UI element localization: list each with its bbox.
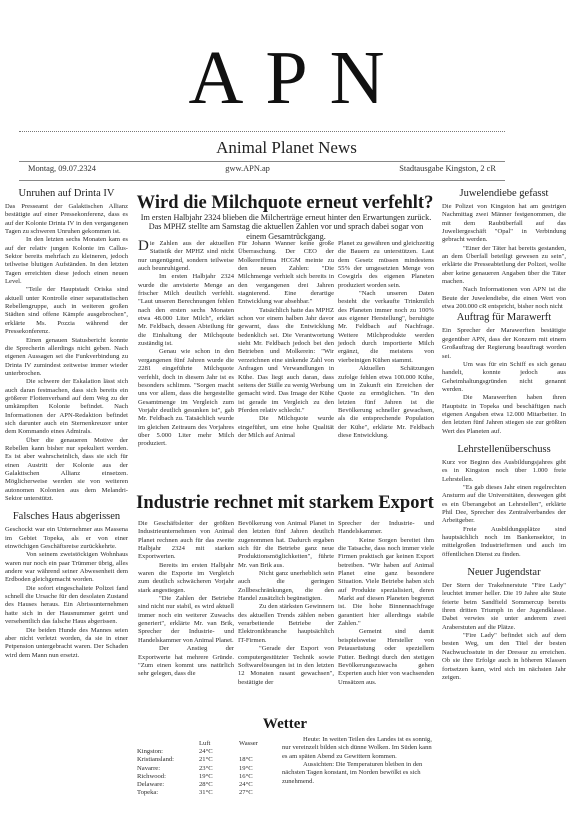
article-paragraph: Kurz vor Beginn des Ausbildungsjahres gi…	[442, 459, 566, 484]
article-paragraph: Genau wie schon in den vergangenen fünf …	[138, 348, 234, 448]
article-paragraph: "Einer der Täter hat bereits gestanden, …	[442, 245, 566, 287]
issue-date: Montag, 09.07.2324	[28, 164, 96, 173]
article-paragraph: Im ersten Halbjahr 2324 wurde die anvisi…	[138, 273, 234, 348]
article-falsches-haus: Falsches Haus abgerissen Geschockt war e…	[5, 510, 128, 660]
article-paragraph: "Teile der Hauptstadt Oriska sind aktuel…	[5, 286, 128, 336]
weather-today: Heute: In weiten Teilen des Landes ist e…	[282, 736, 432, 761]
article-jugendstar: Neuer Jugendstar Der Stern der Trakehner…	[442, 566, 566, 682]
right-column: Juwelendiebe gefasst Die Polizei von Kin…	[442, 187, 566, 682]
article-paragraph: Nach Informationen von APN ist die Beute…	[442, 286, 566, 311]
article-paragraph: Gemeint sind damit beispielsweise Herste…	[338, 628, 434, 686]
article-paragraph: Freie Ausbildungsplätze sind hauptsächli…	[442, 526, 566, 559]
main-article-body: Die Zahlen aus der aktuellen Statistik d…	[138, 240, 434, 449]
article-paragraph: Um was für ein Schiff es sich genau hand…	[442, 361, 566, 394]
article-paragraph: "Nach unseren Daten besteht die verkauft…	[338, 290, 434, 365]
main-headline: Wird die Milchquote erneut verfehlt?	[135, 193, 435, 213]
article-paragraph: Die Zahlen aus der aktuellen Statistik d…	[138, 240, 234, 273]
article-headline: Juwelendiebe gefasst	[442, 187, 566, 200]
weather-outlook: Aussichten: Die Temperaturen bleiben in …	[282, 761, 432, 786]
article-paragraph: Die Marawerften haben ihren Hauptsitz in…	[442, 394, 566, 436]
industry-column-2: Bevölkerung von Animal Planet in den let…	[238, 520, 334, 687]
main-column-2: Für Johann Wanner keine große Überraschu…	[238, 240, 334, 449]
industry-column-1: Die Geschäftsleiter der größten Industri…	[138, 520, 234, 687]
weather-row: Delaware:28°C24°C	[137, 781, 279, 789]
masthead-subtitle: Animal Planet News	[0, 138, 573, 158]
article-paragraph: Über die genaueren Motive der Rebellen k…	[5, 437, 128, 504]
article-paragraph: Keine Sorgen bereitet ihm die Tatsache, …	[338, 537, 434, 629]
article-paragraph: "Die Zahlen der Betriebe sind nicht nur …	[138, 595, 234, 645]
main-column-3: Planet zu gewähren und gleichzeitig die …	[338, 240, 434, 449]
article-paragraph: Einen genauen Statusbericht konnte die S…	[5, 337, 128, 379]
article-paragraph: Geschockt war ein Unternehmer aus Massen…	[5, 526, 128, 551]
weather-table-header: Luft Wasser	[137, 740, 279, 748]
article-paragraph: Der Stern der Trakehnerstute "Fire Lady"…	[442, 582, 566, 632]
weather-row: Kingston:24°C	[137, 748, 279, 756]
article-marawerft: Auftrag für Marawerft Ein Sprecher der M…	[442, 311, 566, 435]
article-paragraph: Tatsächlich hatte das MPHZ schon vor ein…	[238, 307, 334, 415]
article-paragraph: Aktuellen Schätzungen zufolge fehlen etw…	[338, 365, 434, 440]
article-paragraph: Der Anstieg der Exportwerte hat mehrere …	[138, 645, 234, 678]
article-headline: Lehrstellenüberschuss	[442, 443, 566, 456]
article-paragraph: Von seinem zweistöckigen Wohnhaus waren …	[5, 551, 128, 584]
weather-row: Topeka:31°C27°C	[137, 789, 279, 797]
weather-row: Richwood:19°C16°C	[137, 773, 279, 781]
article-paragraph: Sprecher der Industrie- und Handelskamme…	[338, 520, 434, 537]
article-paragraph: Die Polizei von Kingston hat am gestrige…	[442, 203, 566, 245]
column-header-wasser: Wasser	[239, 740, 279, 748]
article-paragraph: Bereits im ersten Halbjahr waren die Exp…	[138, 562, 234, 595]
column-header-luft: Luft	[199, 740, 239, 748]
article-paragraph: Planet zu gewähren und gleichzeitig die …	[338, 240, 434, 290]
article-paragraph: In den letzten sechs Monaten kam es auf …	[5, 236, 128, 286]
article-juwelendiebe: Juwelendiebe gefasst Die Polizei von Kin…	[442, 187, 566, 311]
industry-headline: Industrie rechnet mit starkem Export	[135, 493, 435, 513]
article-paragraph: Ein Sprecher der Marawerften bestätigte …	[442, 327, 566, 360]
article-paragraph: Bevölkerung von Animal Planet in den let…	[238, 520, 334, 570]
article-paragraph: Die Geschäftsleiter der größten Industri…	[138, 520, 234, 562]
infobar-bottom-rule	[19, 180, 505, 181]
infobar: Montag, 09.07.2324 gww.APN.ap Stadtausga…	[28, 164, 496, 173]
article-paragraph: "Gerade der Export von computergestützte…	[238, 645, 334, 687]
weather-table: Luft Wasser Kingston:24°C Kristiansland:…	[137, 740, 279, 797]
edition-label: Stadtausgabe Kingston, 2 cR	[399, 164, 496, 173]
article-paragraph: Nicht ganz unerheblich sein auch die ger…	[238, 570, 334, 603]
article-lehrstellen: Lehrstellenüberschuss Kurz vor Beginn de…	[442, 443, 566, 559]
article-paragraph: Die sofort eingeschaltete Polizei fand s…	[5, 585, 128, 627]
article-headline: Auftrag für Marawerft	[442, 311, 566, 324]
weather-row: Kristiansland:21°C18°C	[137, 756, 279, 764]
industry-column-3: Sprecher der Industrie- und Handelskamme…	[338, 520, 434, 687]
article-unruhen: Unruhen auf Drinta IV Das Presseamt der …	[5, 187, 128, 503]
article-paragraph: Zu den stärksten Gewinnern des aktuellen…	[238, 603, 334, 645]
masthead-title: APN	[0, 40, 573, 116]
left-column: Unruhen auf Drinta IV Das Presseamt der …	[5, 187, 128, 660]
article-paragraph: Das Presseamt der Galaktischen Allianz b…	[5, 203, 128, 236]
masthead-divider	[19, 131, 505, 132]
article-paragraph: Für Johann Wanner keine große Überraschu…	[238, 240, 334, 307]
industry-article-body: Die Geschäftsleiter der größten Industri…	[138, 520, 434, 687]
article-paragraph: "Fire Lady" befindet sich auf dem besten…	[442, 632, 566, 682]
main-column-1: Die Zahlen aus der aktuellen Statistik d…	[138, 240, 234, 449]
article-paragraph: Die beiden Hunde des Mannes seien aber n…	[5, 627, 128, 660]
article-headline: Unruhen auf Drinta IV	[5, 187, 128, 200]
main-lead: Im ersten Halbjahr 2324 blieben die Milc…	[140, 213, 432, 241]
article-paragraph: "Es gab dieses Jahr einen regelrechten A…	[442, 484, 566, 526]
weather-row: Navarre:23°C19°C	[137, 765, 279, 773]
dropcap: D	[138, 242, 149, 250]
article-headline: Neuer Jugendstar	[442, 566, 566, 579]
infobar-top-rule	[19, 161, 505, 162]
article-paragraph: Die Milchquote wurde eingeführt, um eine…	[238, 415, 334, 440]
weather-forecast: Heute: In weiten Teilen des Landes ist e…	[282, 736, 432, 786]
article-headline: Falsches Haus abgerissen	[5, 510, 128, 523]
weather-headline: Wetter	[135, 716, 435, 733]
website-link[interactable]: gww.APN.ap	[225, 164, 270, 173]
article-paragraph: Die schwere der Eskalation lässt sich au…	[5, 378, 128, 436]
